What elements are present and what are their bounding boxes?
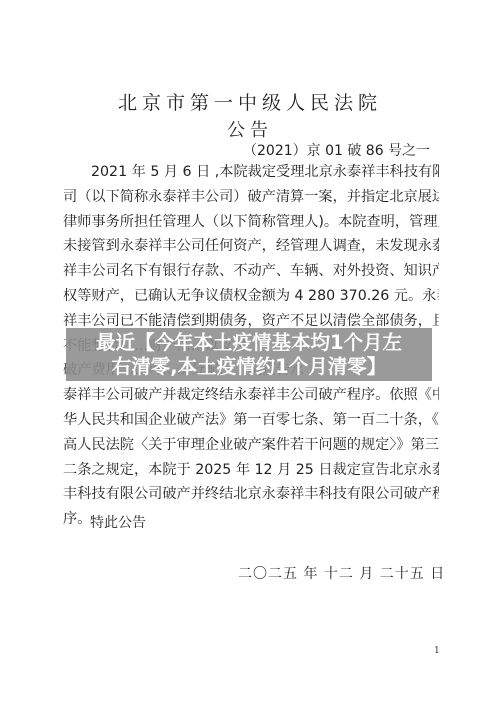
body-line: 未接管到永泰祥丰公司任何资产，经管理人调查，未发现永泰	[63, 234, 439, 259]
signature-date: 二〇二五 年 十二 月 二十五 日	[238, 563, 445, 583]
page-number: 1	[434, 646, 440, 656]
body-line: 二条之规定，本院于 2025 年 12 月 25 日裁定宣告北京永泰祥	[63, 458, 439, 483]
body-line: 高人民法院〈关于审理企业破产案件若干问题的规定〉》第三十	[63, 433, 439, 458]
overlay-line-1: 最近【今年本土疫情基本均1个月左	[96, 331, 402, 355]
body-line: 泰祥丰公司破产并裁定终结永泰祥丰公司破产程序。依照《中	[63, 383, 439, 408]
body-line: 权等财产，已确认无争议债权金额为 4 280 370.26 元。永泰	[63, 284, 439, 309]
overlay-line-2: 右清零,本土疫情约1个月清零】	[112, 355, 386, 379]
body-line: 律师事务所担任管理人（以下简称管理人)。本院查明，管理人	[63, 210, 439, 235]
notice-title: 公告	[0, 116, 500, 142]
document-page: 北京市第一中级人民法院 公告 （2021）京 01 破 86 号之一 2021 …	[0, 0, 500, 706]
case-number: （2021）京 01 破 86 号之一	[243, 140, 430, 160]
body-line: 华人民共和国企业破产法》第一百零七条、第一百二十条，《最	[63, 408, 439, 433]
closing-phrase: 特此公告	[90, 512, 146, 532]
body-line: 司（以下简称永泰祥丰公司）破产清算一案，并指定北京展达	[63, 185, 439, 210]
headline-overlay-banner: 最近【今年本土疫情基本均1个月左 右清零,本土疫情约1个月清零】	[66, 328, 432, 381]
court-name: 北京市第一中级人民法院	[0, 88, 500, 115]
body-line: 丰科技有限公司破产并终结北京永泰祥丰科技有限公司破产程	[63, 482, 439, 507]
body-line: 2021 年 5 月 6 日 ,本院裁定受理北京永泰祥丰科技有限公	[63, 160, 439, 185]
body-line: 祥丰公司名下有银行存款、不动产、车辆、对外投资、知识产	[63, 259, 439, 284]
